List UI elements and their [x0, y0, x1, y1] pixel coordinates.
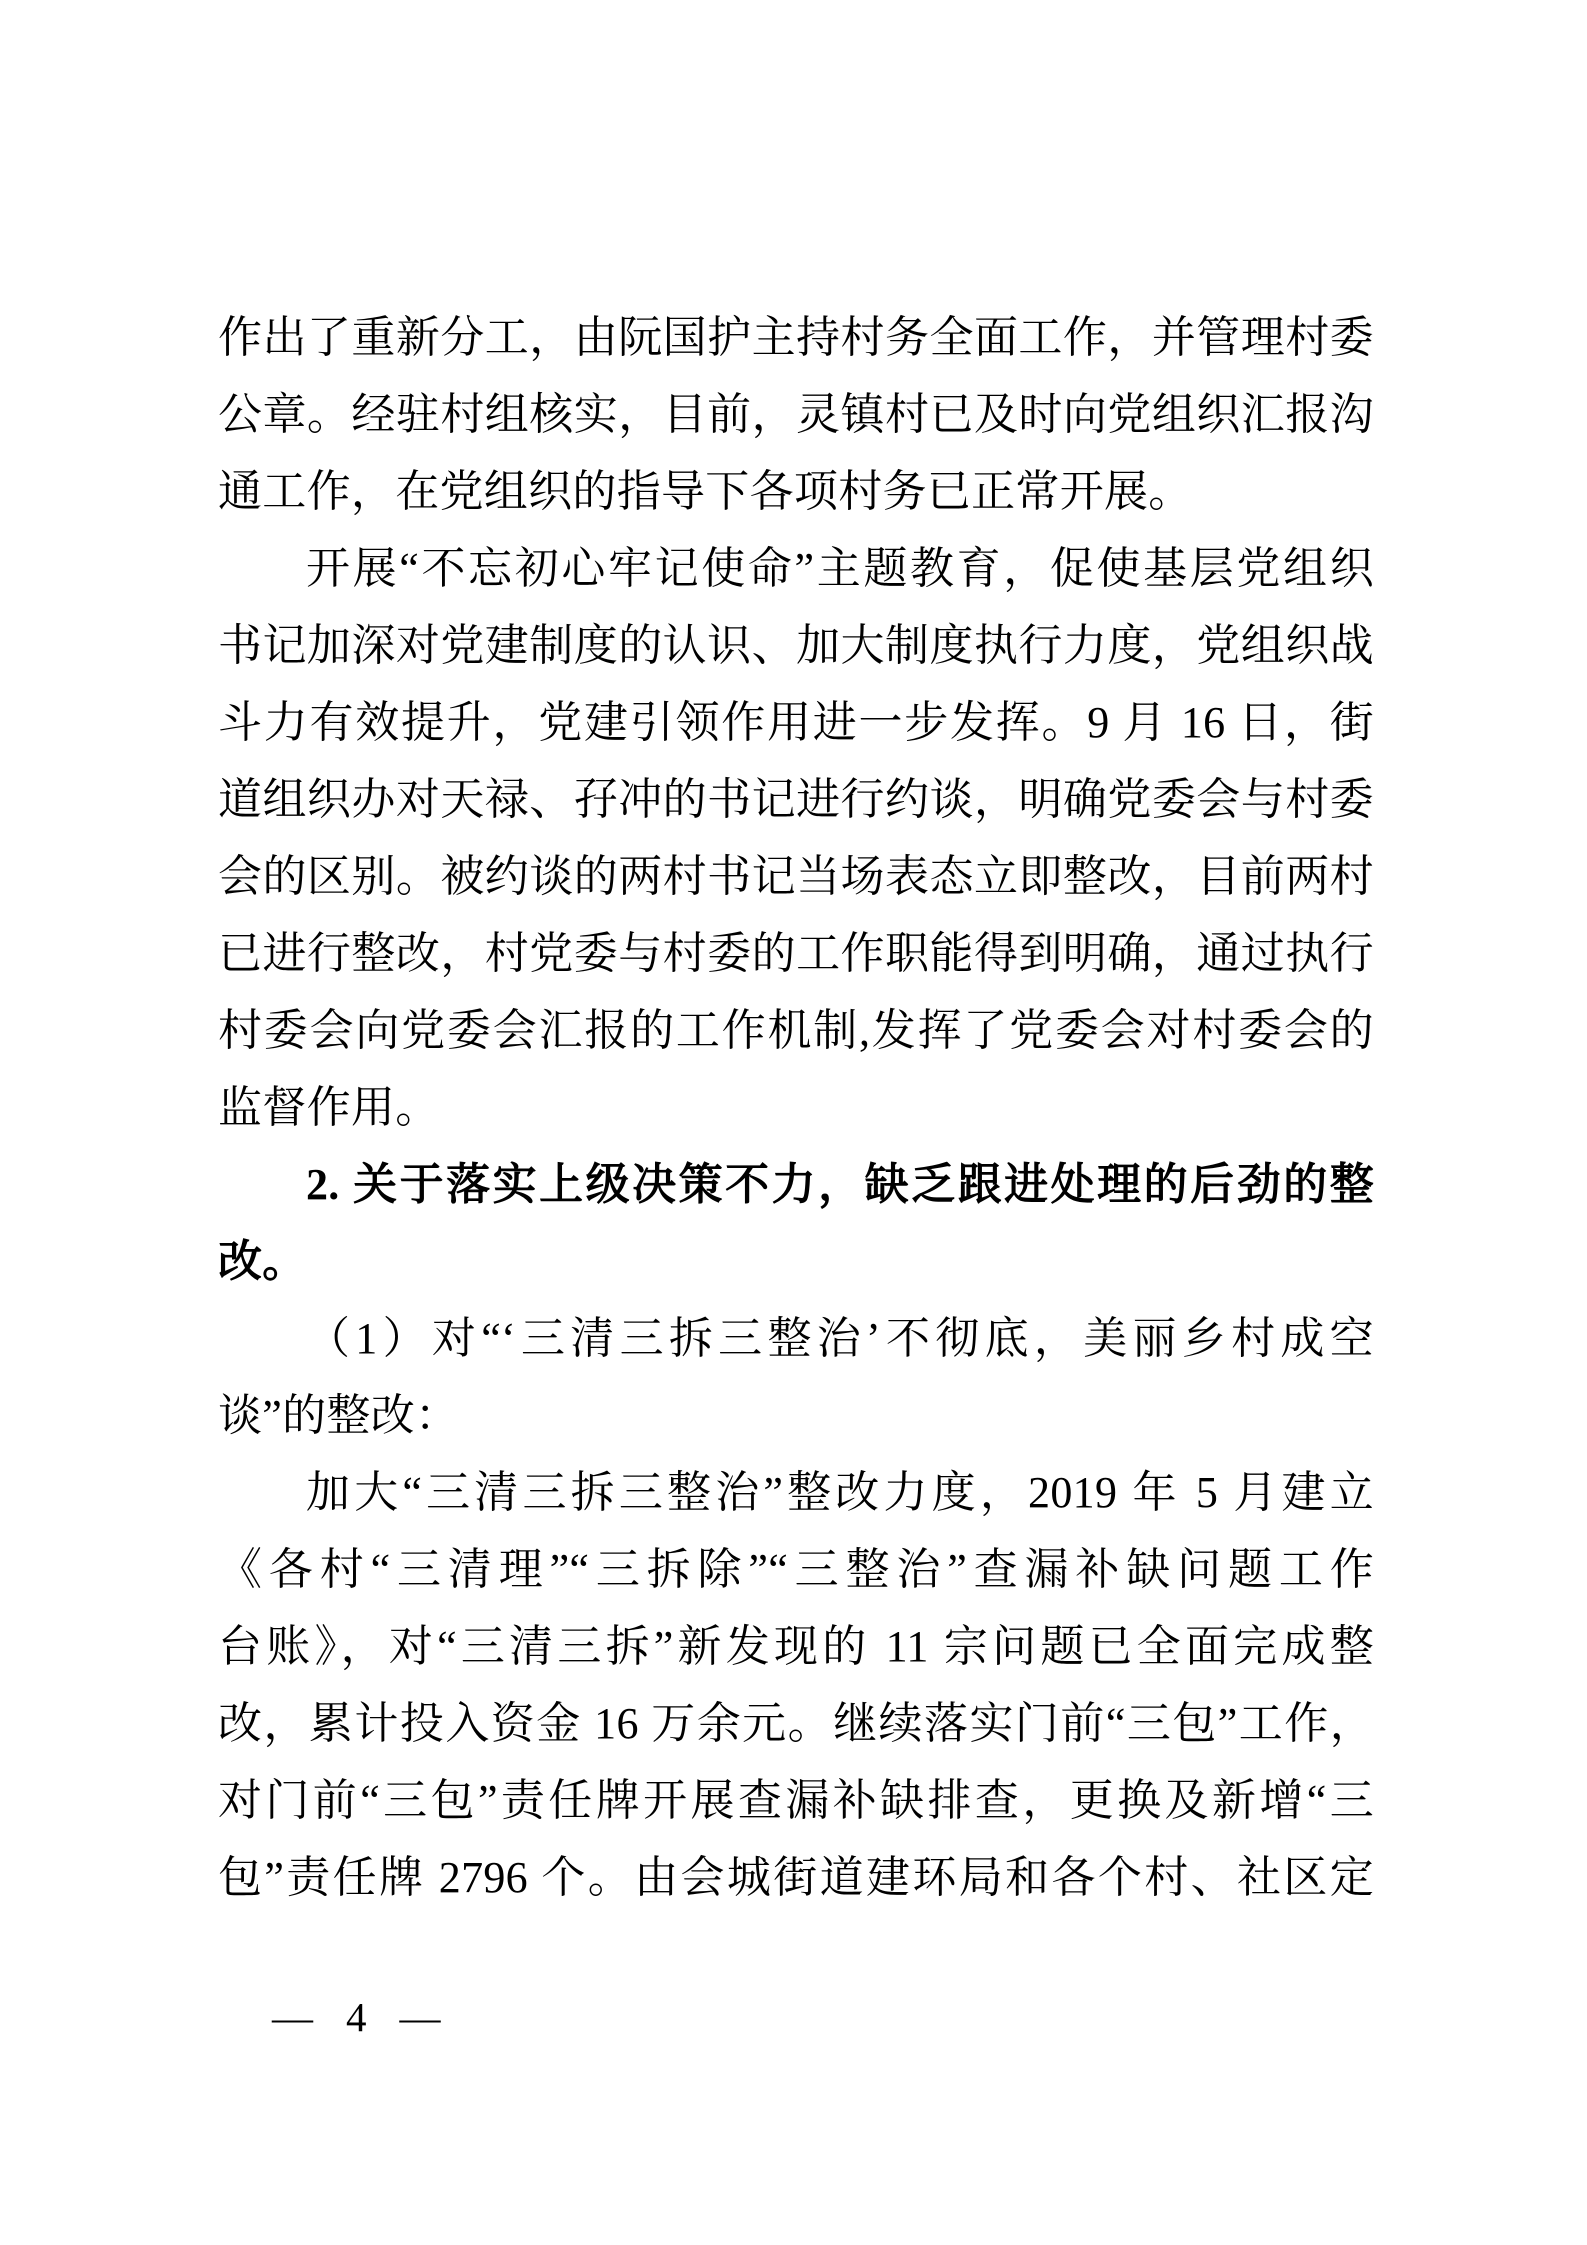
text-line: 对门前“三包”责任牌开展查漏补缺排查，更换及新增“三 [218, 1762, 1374, 1839]
text-line: 村委会向党委会汇报的工作机制,发挥了党委会对村委会的 [218, 992, 1374, 1069]
paragraph: 作出了重新分工，由阮国护主持村务全面工作，并管理村委公章。经驻村组核实，目前，灵… [218, 299, 1374, 530]
text-line: 公章。经驻村组核实，目前，灵镇村已及时向党组织汇报沟 [218, 376, 1374, 453]
text-line: 台账》，对“三清三拆”新发现的 11 宗问题已全面完成整 [218, 1608, 1374, 1685]
text-line: 道组织办对天禄、孖冲的书记进行约谈，明确党委会与村委 [218, 761, 1374, 838]
text-line: 通工作，在党组织的指导下各项村务已正常开展。 [218, 453, 1374, 530]
page-footer: — 4 — [272, 1995, 441, 2039]
text-line: 改。 [218, 1223, 1374, 1300]
footer-page-number: 4 [346, 1995, 367, 2039]
footer-dash-left: — [272, 1995, 313, 2039]
document-body: 作出了重新分工，由阮国护主持村务全面工作，并管理村委公章。经驻村组核实，目前，灵… [218, 299, 1374, 1916]
text-line: 书记加深对党建制度的认识、加大制度执行力度，党组织战 [218, 607, 1374, 684]
text-line: 改，累计投入资金 16 万余元。继续落实门前“三包”工作， [218, 1685, 1374, 1762]
document-page: 作出了重新分工，由阮国护主持村务全面工作，并管理村委公章。经驻村组核实，目前，灵… [0, 0, 1587, 2245]
text-line: 监督作用。 [218, 1069, 1374, 1146]
text-line: 加大“三清三拆三整治”整改力度，2019 年 5 月建立 [218, 1454, 1374, 1531]
text-line: 《各村“三清理”“三拆除”“三整治”查漏补缺问题工作 [218, 1531, 1374, 1608]
paragraph: 开展“不忘初心牢记使命”主题教育，促使基层党组织书记加深对党建制度的认识、加大制… [218, 530, 1374, 1146]
text-line: 斗力有效提升，党建引领作用进一步发挥。9 月 16 日，街 [218, 684, 1374, 761]
text-line: 开展“不忘初心牢记使命”主题教育，促使基层党组织 [218, 530, 1374, 607]
footer-dash-right: — [400, 1995, 441, 2039]
text-line: 已进行整改，村党委与村委的工作职能得到明确，通过执行 [218, 915, 1374, 992]
paragraph: 加大“三清三拆三整治”整改力度，2019 年 5 月建立《各村“三清理”“三拆除… [218, 1454, 1374, 1916]
text-line: 作出了重新分工，由阮国护主持村务全面工作，并管理村委 [218, 299, 1374, 376]
paragraph: 2. 关于落实上级决策不力，缺乏跟进处理的后劲的整改。 [218, 1146, 1374, 1300]
paragraph: （1）对“‘三清三拆三整治’不彻底，美丽乡村成空谈”的整改： [218, 1300, 1374, 1454]
text-line: 包”责任牌 2796 个。由会城街道建环局和各个村、社区定 [218, 1839, 1374, 1916]
text-line: 2. 关于落实上级决策不力，缺乏跟进处理的后劲的整 [218, 1146, 1374, 1223]
text-line: 会的区别。被约谈的两村书记当场表态立即整改，目前两村 [218, 838, 1374, 915]
text-line: 谈”的整改： [218, 1377, 1374, 1454]
text-line: （1）对“‘三清三拆三整治’不彻底，美丽乡村成空 [218, 1300, 1374, 1377]
